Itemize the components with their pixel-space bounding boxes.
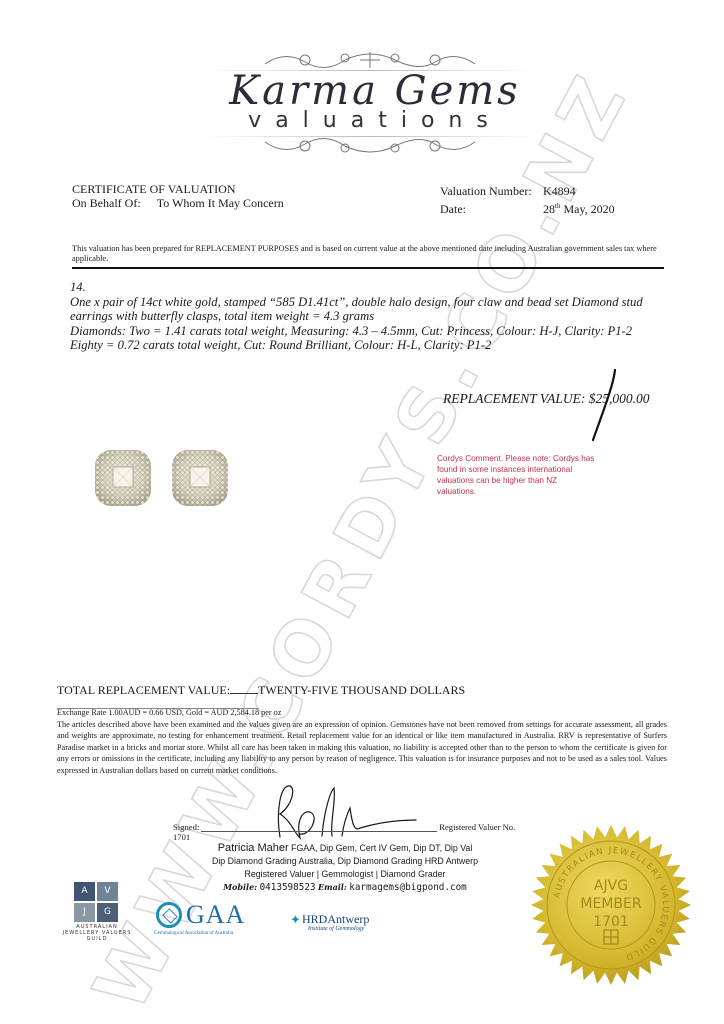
valuer-quals-2: Dip Diamond Grading Australia, Dip Diamo… <box>190 855 500 868</box>
valuer-roles: Registered Valuer | Gemmologist | Diamon… <box>190 868 500 881</box>
item-line: Diamonds: Two = 1.41 carats total weight… <box>70 324 670 339</box>
divider <box>72 267 664 269</box>
signed-label: Signed: <box>173 822 199 832</box>
ajvg-member-seal: AUSTRALIAN JEWELLERY VALUERS GUILD AJVG … <box>528 824 694 986</box>
diamond-icon <box>156 902 182 928</box>
ajvg-logo: A V J G AUSTRALIAN JEWELLERY VALUERS GUI… <box>62 882 132 942</box>
valuation-number-label: Valuation Number: <box>440 184 540 199</box>
svg-text:AJVG: AJVG <box>594 878 628 894</box>
on-behalf-value: To Whom It May Concern <box>157 196 284 210</box>
item-description: 14. One x pair of 14ct white gold, stamp… <box>70 280 670 353</box>
replacement-value-label: REPLACEMENT VALUE: <box>443 391 585 406</box>
mobile-number[interactable]: 0413598523 <box>260 882 316 893</box>
flourish-ornament-icon <box>255 134 485 158</box>
karma-gems-logo: Karma Gems valuations <box>185 40 555 160</box>
valuer-details: Patricia Maher FGAA, Dip Gem, Cert IV Ge… <box>190 842 500 894</box>
valuer-quals: FGAA, Dip Gem, Cert IV Gem, Dip DT, Dip … <box>289 843 473 853</box>
cordys-comment: Cordys Comment. Please note: Cordys has … <box>437 453 597 497</box>
fine-print: Exchange Rate 1.00AUD = 0.66 USD, Gold =… <box>57 707 667 777</box>
date-value: 28th May, 2020 <box>543 202 615 216</box>
ajvg-caption: AUSTRALIAN JEWELLERY VALUERS GUILD <box>62 924 132 942</box>
svg-text:MEMBER: MEMBER <box>580 896 641 912</box>
valuation-meta: Valuation Number: K4894 Date: 28th May, … <box>440 184 615 217</box>
disclaimer: The articles described above have been e… <box>57 719 667 777</box>
purpose-notice: This valuation has been prepared for REP… <box>72 244 662 264</box>
mobile-label: Mobile: <box>223 882 257 892</box>
on-behalf-label: On Behalf Of: <box>72 196 154 210</box>
email-address[interactable]: karmagems@bigpond.com <box>349 882 467 893</box>
total-label: TOTAL REPLACEMENT VALUE: <box>57 683 230 697</box>
brand-subtitle: valuations <box>225 108 525 133</box>
signature-line: Signed:Registered Valuer No. 1701 <box>173 822 533 842</box>
certificate-header: CERTIFICATE OF VALUATION On Behalf Of: T… <box>72 182 284 210</box>
star-icon: ✦ <box>290 912 301 928</box>
certificate-title: CERTIFICATE OF VALUATION <box>72 182 284 196</box>
svg-text:1701: 1701 <box>593 914 629 930</box>
hrd-antwerp-logo: ✦ HRDAntwerp Institute of Gemmology <box>290 912 400 938</box>
total-value-words: TWENTY-FIVE THOUSAND DOLLARS <box>258 683 465 697</box>
item-line: One x pair of 14ct white gold, stamped “… <box>70 295 670 324</box>
earrings-photo <box>90 445 270 515</box>
valuation-number: K4894 <box>543 184 576 198</box>
item-line: Eighty = 0.72 carats total weight, Cut: … <box>70 338 670 353</box>
item-number: 14. <box>70 280 670 295</box>
gaa-logo: GAA Gemmological Association of Australi… <box>154 900 254 940</box>
date-label: Date: <box>440 202 540 217</box>
pen-strike-mark <box>575 366 635 446</box>
valuer-name: Patricia Maher <box>218 842 289 854</box>
registered-valuer-number: Registered Valuer No. 1701 <box>173 822 515 842</box>
exchange-rate: Exchange Rate 1.00AUD = 0.66 USD, Gold =… <box>57 707 667 719</box>
email-label: Email: <box>318 882 347 892</box>
